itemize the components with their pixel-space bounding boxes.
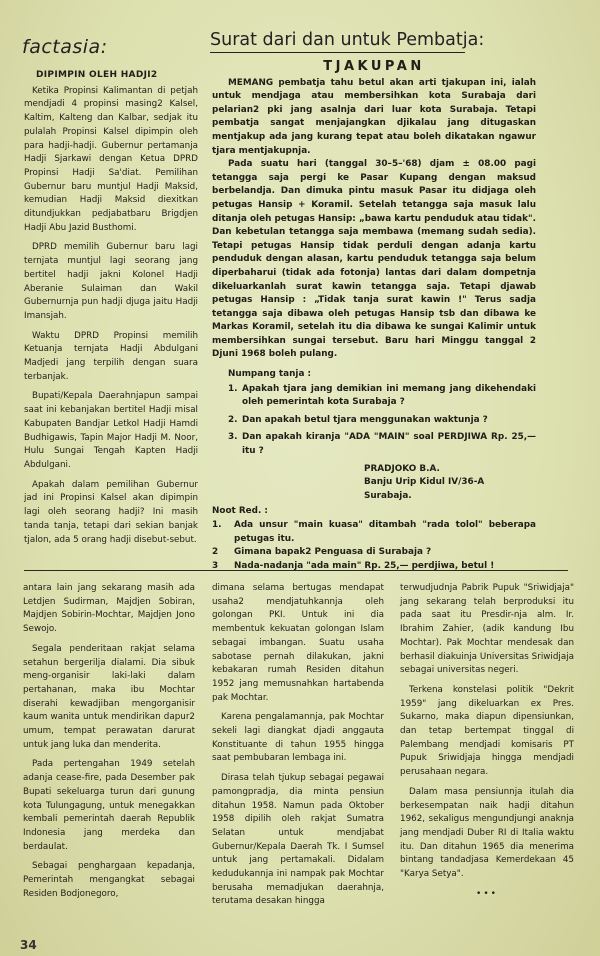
editor-notes-list: 1.Ada unsur "main kuasa" ditambah "rada … [212, 519, 536, 573]
article-paragraph: Pada pertengahan 1949 setelah adanja cea… [23, 758, 195, 854]
end-mark: ••• [400, 888, 574, 902]
section-divider [24, 570, 568, 571]
letter-signature: PRADJOKO B.A. Banju Urip Kidul IV/36-A S… [364, 463, 536, 504]
question-item: 2.Dan apakah betul tjara menggunakan wak… [228, 414, 536, 428]
article-paragraph: Ketika Propinsi Kalimantan di petjah men… [24, 85, 198, 236]
article-paragraph: Bupati/Kepala Daerahnjapun sampai saat i… [24, 390, 198, 472]
signature-city: Surabaja. [364, 490, 536, 504]
editor-note-item: 3Nada-nadanja "ada main" Rp. 25,— perdji… [212, 560, 536, 574]
section-brand: factasia: [22, 36, 108, 58]
article-paragraph: Terkena konstelasi politik "Dekrit 1959"… [400, 684, 574, 780]
letter-title: TJAKUPAN [212, 60, 536, 74]
questions-heading: Numpang tanja : [228, 368, 536, 382]
editor-note-item: 1.Ada unsur "main kuasa" ditambah "rada … [212, 519, 536, 546]
article-paragraph: Dirasa telah tjukup sebagai pegawai pamo… [212, 772, 384, 909]
continued-column-3: terwudjudnja Pabrik Pupuk "Sriwidjaja" j… [400, 582, 574, 901]
article-paragraph: Sebagai penghargaan kepadanja, Pemerinta… [23, 860, 195, 901]
article-heading: DIPIMPIN OLEH HADJI2 [36, 69, 198, 83]
article-paragraph: dimana selama bertugas mendapat usaha2 m… [212, 582, 384, 705]
editor-note-item: 2Gimana bapak2 Penguasa di Surabaja ? [212, 546, 536, 560]
magazine-page: factasia: Surat dari dan untuk Pembatja:… [0, 0, 600, 956]
article-paragraph: Apakah dalam pemilihan Gubernur jad ini … [24, 479, 198, 548]
article-paragraph: Waktu DPRD Propinsi memilih Ketuanja ter… [24, 330, 198, 385]
questions-list: 1.Apakah tjara jang demikian ini memang … [212, 383, 536, 459]
question-item: 3.Dan apakah kiranja "ADA "MAIN" soal PE… [228, 431, 536, 458]
article-paragraph: Segala penderitaan rakjat selama setahun… [23, 643, 195, 753]
question-item: 1.Apakah tjara jang demikian ini memang … [228, 383, 536, 410]
article-paragraph: terwudjudnja Pabrik Pupuk "Sriwidjaja" j… [400, 582, 574, 678]
article-paragraph: DPRD memilih Gubernur baru lagi ternjata… [24, 241, 198, 323]
signature-name: PRADJOKO B.A. [364, 463, 536, 477]
section-title: Surat dari dan untuk Pembatja: [210, 30, 465, 53]
letter-paragraph: MEMANG pembatja tahu betul akan arti tja… [212, 77, 536, 159]
continued-column-2: dimana selama bertugas mendapat usaha2 m… [212, 582, 384, 915]
letter-paragraph: Pada suatu hari (tanggal 30–5–'68) djam … [212, 158, 536, 362]
reader-letter: TJAKUPAN MEMANG pembatja tahu betul akan… [212, 60, 536, 573]
article-paragraph: Dalam masa pensiunnja itulah dia berkese… [400, 786, 574, 882]
page-number: 34 [20, 938, 37, 952]
factasia-article: DIPIMPIN OLEH HADJI2 Ketika Propinsi Kal… [24, 69, 198, 553]
article-paragraph: antara lain jang sekarang masih ada Letd… [23, 582, 195, 637]
signature-address: Banju Urip Kidul IV/36-A [364, 476, 536, 490]
article-paragraph: Karena pengalamannja, pak Mochtar sekeli… [212, 711, 384, 766]
continued-column-1: antara lain jang sekarang masih ada Letd… [23, 582, 195, 907]
editor-note-heading: Noot Red. : [212, 505, 536, 519]
